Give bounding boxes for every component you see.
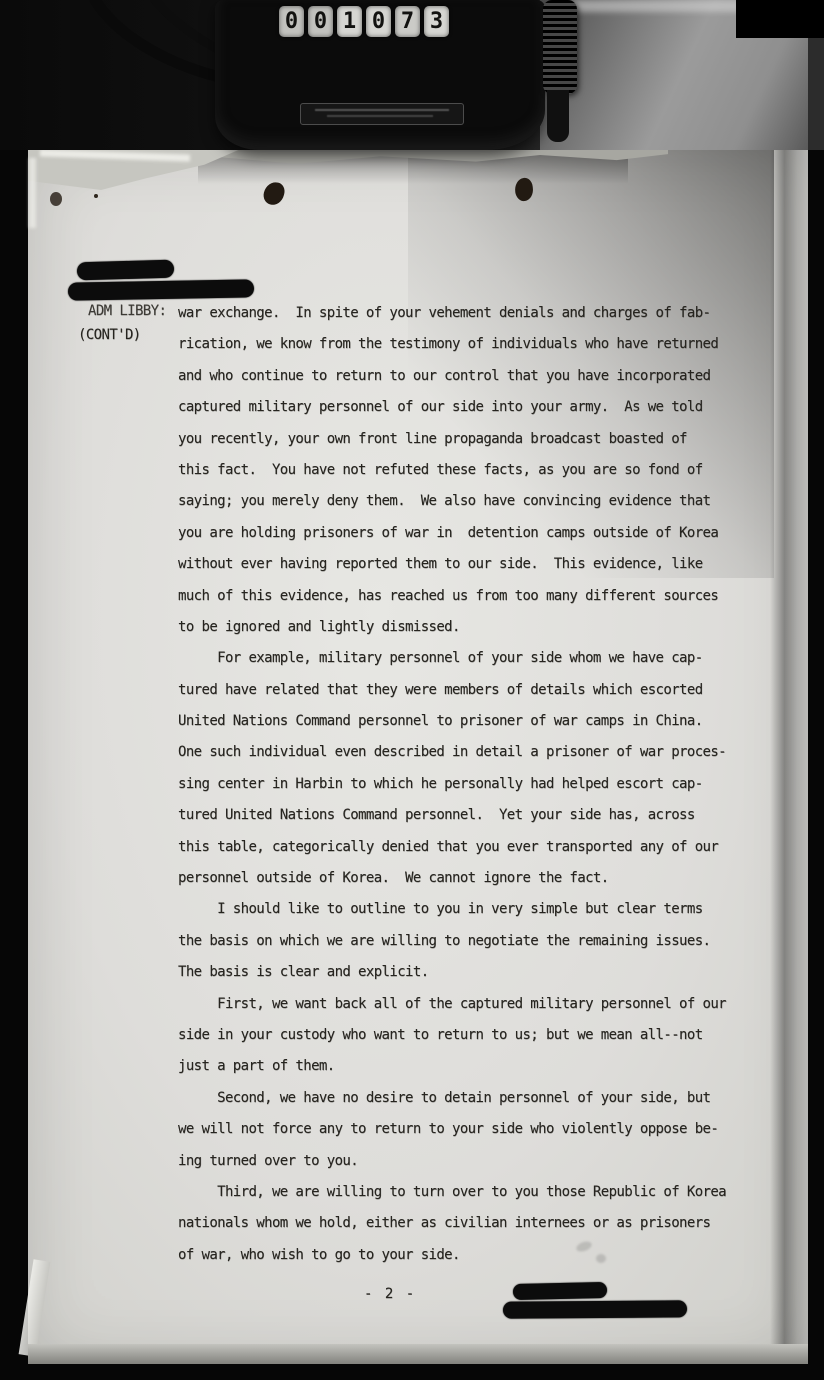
speaker-label: ADM LIBBY: [88,303,166,319]
redaction-bar [513,1282,607,1300]
page-number: - 2 - [364,1286,416,1302]
text-line: Third, we are willing to turn over to yo… [178,1177,778,1208]
text-line: personnel outside of Korea. We cannot ig… [178,863,778,894]
plate-etched-text [327,115,433,117]
photo-background-band: 0 0 1 0 7 3 [0,0,824,150]
text-line: you are holding prisoners of war in dete… [178,518,778,549]
text-line: sing center in Harbin to which he person… [178,769,778,800]
page-bottom-edge [28,1344,808,1364]
text-line: tured have related that they were member… [178,675,778,706]
text-line: captured military personnel of our side … [178,392,778,423]
text-line: without ever having reported them to our… [178,549,778,580]
counter-digit: 0 [366,6,391,37]
text-line: One such individual even described in de… [178,737,778,768]
text-line: of war, who wish to go to your side. [178,1240,778,1271]
redaction-bar [503,1300,687,1318]
ink-speck [94,194,98,198]
text-line: you recently, your own front line propag… [178,424,778,455]
text-line: the basis on which we are willing to neg… [178,926,778,957]
text-line: United Nations Command personnel to pris… [178,706,778,737]
ink-speck [50,192,62,206]
counter-digit: 0 [308,6,333,37]
page-crease [19,1259,51,1356]
microfilm-frame: 0 0 1 0 7 3 ADM LIB [0,0,824,1380]
text-line: we will not force any to return to your … [178,1114,778,1145]
text-line: Second, we have no desire to detain pers… [178,1083,778,1114]
text-line: ing turned over to you. [178,1146,778,1177]
speaker-continued-label: (CONT'D) [78,327,141,343]
counter-digit: 7 [395,6,420,37]
text-line: rication, we know from the testimony of … [178,329,778,360]
document-page: ADM LIBBY: (CONT'D) war exchange. In spi… [28,148,808,1364]
counter-label-plate [300,103,464,125]
text-line: much of this evidence, has reached us fr… [178,581,778,612]
frame-counter-device: 0 0 1 0 7 3 [215,0,545,150]
text-line: First, we want back all of the captured … [178,989,778,1020]
text-line: war exchange. In spite of your vehement … [178,298,778,329]
text-line: this table, categorically denied that yo… [178,832,778,863]
text-line: tured United Nations Command personnel. … [178,800,778,831]
counter-digits: 0 0 1 0 7 3 [279,6,449,37]
page-curl-shadow [770,148,808,1364]
text-line: and who continue to return to our contro… [178,361,778,392]
counter-digit: 1 [337,6,362,37]
text-line: to be ignored and lightly dismissed. [178,612,778,643]
surface-highlight [570,0,740,12]
counter-knob-stem [547,90,569,142]
text-line: I should like to outline to you in very … [178,894,778,925]
text-line: this fact. You have not refuted these fa… [178,455,778,486]
text-line: side in your custody who want to return … [178,1020,778,1051]
plate-etched-text [315,109,449,111]
body-text: war exchange. In spite of your vehement … [178,298,778,1271]
text-line: The basis is clear and explicit. [178,957,778,988]
right-edge-shadow [808,36,824,150]
counter-knob [543,0,577,94]
counter-digit: 0 [279,6,304,37]
text-line: just a part of them. [178,1051,778,1082]
text-line: For example, military personnel of your … [178,643,778,674]
top-right-corner [736,0,824,38]
text-line: nationals whom we hold, either as civili… [178,1208,778,1239]
redaction-bar [77,260,174,281]
counter-digit: 3 [424,6,449,37]
left-edge-highlight [29,158,36,228]
text-line: saying; you merely deny them. We also ha… [178,486,778,517]
